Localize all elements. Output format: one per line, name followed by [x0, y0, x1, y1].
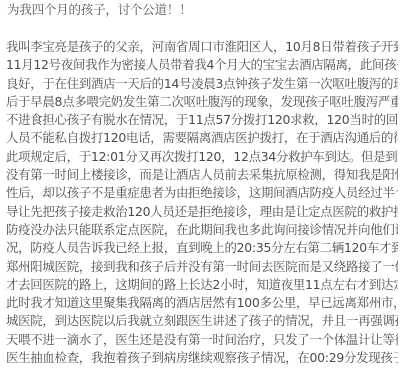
body-line: 人员不能私自拨打120电话，需要隔离酒店医护拨打，在于酒店沟通后的得知并没有 [6, 129, 398, 147]
body-line: 况，防疫人员告诉我已经上报，直到晚上的20:35分左右第二辆120车才到，告诉我… [6, 239, 398, 257]
body-line: 城医院，到达医院以后我就立刻跟医生讲述了孩子的情况，并且一再强调孩子已经一 [6, 312, 398, 330]
body-line: 郑州阳城医院，接到我和孩子后并没有第一时间去医院而是又绕路接了一位确诊病例 [6, 258, 398, 276]
body-line: 良好，于在住到酒店一天后的14号凌晨3点钟孩子发生第一次呕吐腹泻的现象，哄睡 [6, 75, 398, 93]
body-line: 11月12号夜间我作为密接人员带着我4个月大的宝宝去酒店隔离，此间孩子状态一切 [6, 56, 398, 74]
body-line: 我叫李宝亮是孩子的父亲，河南省周口市淮阳区人，10月8日带着孩子开到郑州，在 [6, 38, 398, 56]
body-line: 后于早晨8点多喂完奶发生第二次呕吐腹泻的现象，发现孩子呕吐腹泻严重多次喂水 [6, 93, 398, 111]
body-line: 导让先把孩子接走救治120人员还是拒绝接诊，理由是让定点医院的救护接诊，酒店 [6, 203, 398, 221]
body-line: 医生抽血检查，我抱着孩子到病房继续观察孩子情况，在00:29分发现孩子手脚冰凉 [6, 349, 398, 367]
body-line: 没有第一时间上楼接诊，而是让酒店人员前去采集抗原检测，得知我是阳性孩子是阴 [6, 166, 398, 184]
body-line: 防疫没办法只能联系定点医院，在此期间我也多此询问接诊情况并向他们讲孩子情 [6, 221, 398, 239]
post-title: 为我四个月的孩子，讨个公道！！ [7, 2, 192, 18]
body-line: 此项规定后，于12:01分又再次拨打120，12点34分救护车到达。但是到达酒店… [6, 148, 398, 166]
body-line: 性后，却以孩子不是重症患者为由拒绝接诊，这期间酒店防疫人员经过半个多小时劝 [6, 184, 398, 202]
body-line: 才去回医院的路上，这期间的路上长达2小时，知道夜里11点左右才到达定点医院， [6, 276, 398, 294]
body-line: 此时我才知道这里聚集我隔离的酒店居然有100多公里，早已远离郑州市，来到了阳 [6, 294, 398, 312]
document-page: 为我四个月的孩子，讨个公道！！ 我叫李宝亮是孩子的父亲，河南省周口市淮阳区人，1… [0, 0, 400, 387]
body-line: 不进食担心孩子有脱水在情况，于11点57分拨打120求救，120当时的回复隔离隔… [6, 111, 398, 129]
post-body: 我叫李宝亮是孩子的父亲，河南省周口市淮阳区人，10月8日带着孩子开到郑州，在 1… [6, 38, 398, 367]
body-line: 天喂不进一滴水了，医生还是没有第一时间治疗，只发了一个体温计让等待第二天的 [6, 331, 398, 349]
